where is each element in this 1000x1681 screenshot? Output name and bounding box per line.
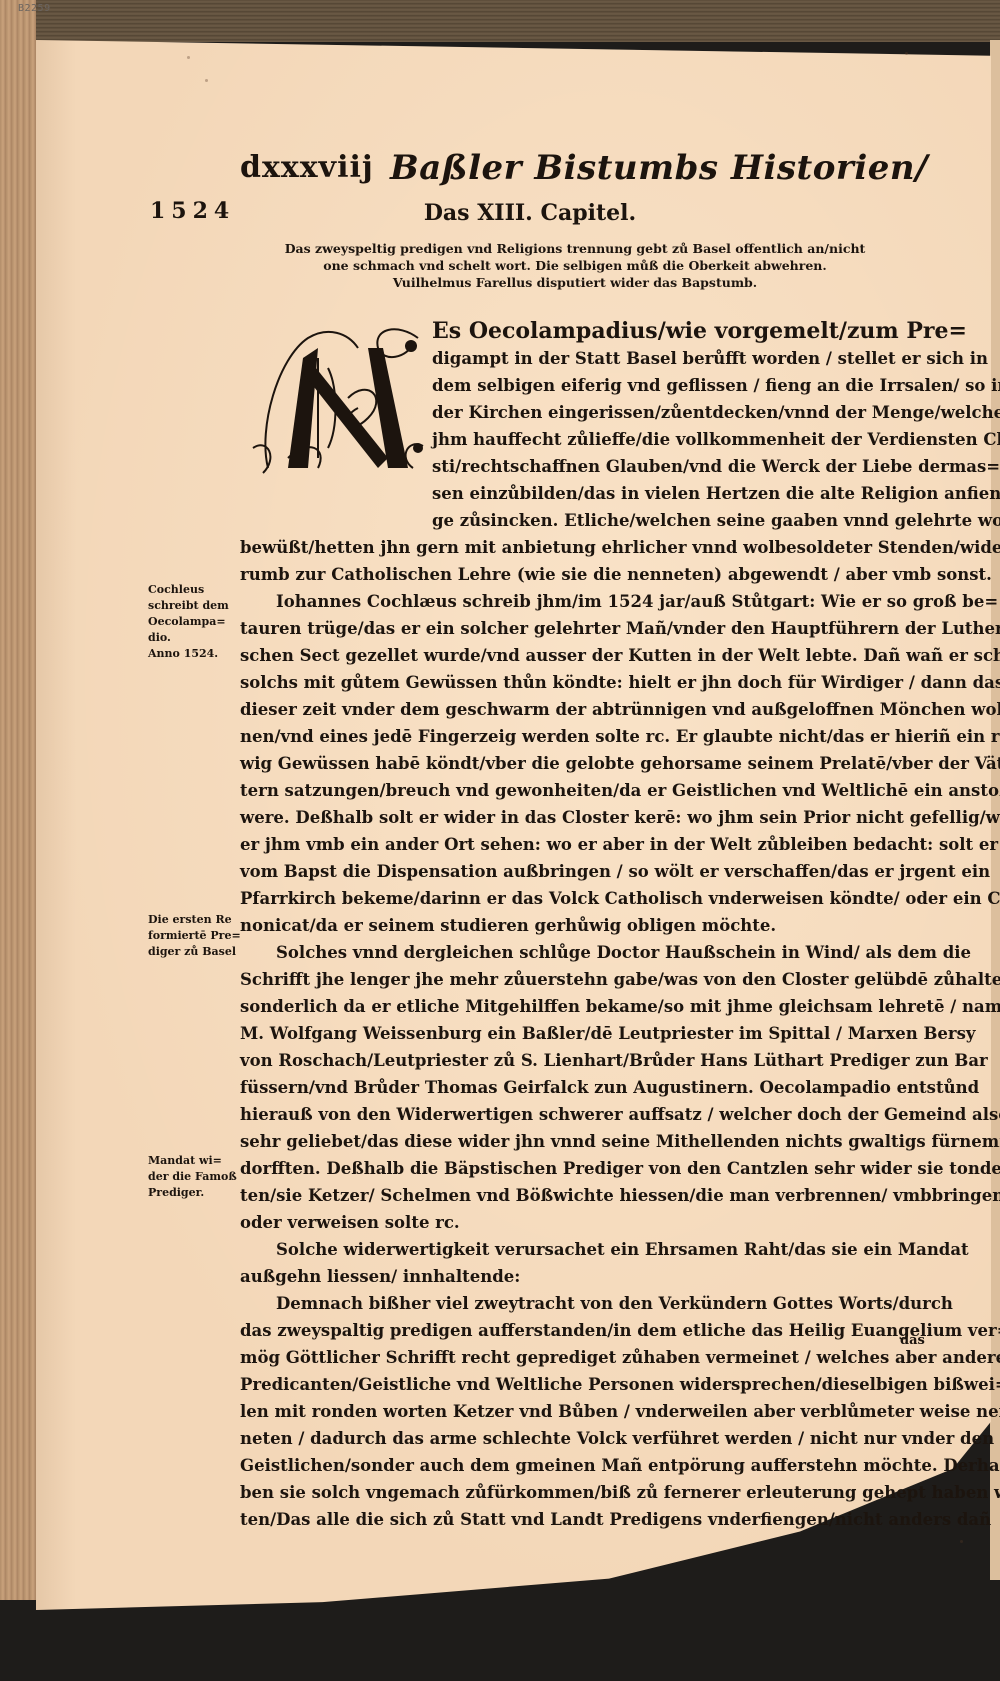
book-left-edge [0, 0, 36, 1600]
text-line: Geistlichen/sonder auch dem gmeinen Mañ … [240, 1452, 940, 1479]
margin-note-line: Die ersten Re [148, 912, 243, 928]
shelf-number: B2259 [18, 3, 51, 14]
text-line: Pfarrkirch bekeme/darinn er das Volck Ca… [240, 885, 940, 912]
paper-speck [205, 79, 208, 82]
summary-line: Das zweyspeltig predigen vnd Religions t… [250, 240, 900, 257]
text-line: füssern/vnd Brůder Thomas Geirfalck zun … [240, 1074, 940, 1101]
text-line: jhm hauffecht zůlieffe/die vollkommenhei… [240, 426, 940, 453]
text-line: neten / dadurch das arme schlechte Volck… [240, 1425, 940, 1452]
text-line: Demnach bißher viel zweytracht von den V… [240, 1290, 940, 1317]
text-line: oder verweisen solte rc. [240, 1209, 940, 1236]
text-line: Iohannes Cochlæus schreib jhm/im 1524 ja… [240, 588, 940, 615]
text-line: ben sie solch vngemach zůfürkommen/biß z… [240, 1479, 940, 1506]
text-line: außgehn liessen/ innhaltende: [240, 1263, 940, 1290]
text-line: ge zůsincken. Etliche/welchen seine gaab… [240, 507, 940, 534]
paper-speck [960, 1540, 963, 1543]
margin-note-line: diger zů Basel [148, 944, 243, 960]
text-line: dem selbigen eiferig vnd geflissen / fie… [240, 372, 940, 399]
text-line: sehr geliebet/das diese wider jhn vnnd s… [240, 1128, 940, 1155]
text-line: digampt in der Statt Basel berůfft worde… [240, 345, 940, 372]
paper-speck [187, 56, 190, 59]
text-line: sen einzůbilden/das in vielen Hertzen di… [240, 480, 940, 507]
text-line: vom Bapst die Dispensation außbringen / … [240, 858, 940, 885]
margin-note-line: Oecolampa= [148, 614, 243, 630]
text-line: wig Gewüssen habē köndt/vber die gelobte… [240, 750, 940, 777]
text-line: nonicat/da er seinem studieren gerhůwig … [240, 912, 940, 939]
text-line: were. Deßhalb solt er wider in das Clost… [240, 804, 940, 831]
text-line: von Roschach/Leutpriester zů S. Lienhart… [240, 1047, 940, 1074]
margin-note-line: schreibt dem [148, 598, 243, 614]
folio-number: dxxxviij [240, 150, 374, 185]
margin-note-line: Anno 1524. [148, 646, 243, 662]
margin-note-line: formiertē Pre= [148, 928, 243, 944]
margin-note-mandate: Mandat wi= der die Famoß Prediger. [148, 1153, 243, 1201]
text-line: tern satzungen/breuch vnd gewonheiten/da… [240, 777, 940, 804]
text-line: hierauß von den Widerwertigen schwerer a… [240, 1101, 940, 1128]
margin-note-line: Mandat wi= [148, 1153, 243, 1169]
chapter-heading: Das XIII. Capitel. [0, 200, 1000, 226]
text-line: Solche widerwertigkeit verursachet ein E… [240, 1236, 940, 1263]
text-line: bewüßt/hetten jhn gern mit anbietung ehr… [240, 534, 940, 561]
text-line: dieser zeit vnder dem geschwarm der abtr… [240, 696, 940, 723]
text-line: dorfften. Deßhalb die Bäpstischen Predig… [240, 1155, 940, 1182]
text-line: schen Sect gezellet wurde/vnd ausser der… [240, 642, 940, 669]
chapter-summary: Das zweyspeltig predigen vnd Religions t… [250, 240, 900, 291]
text-line: M. Wolfgang Weissenburg ein Baßler/dē Le… [240, 1020, 940, 1047]
text-line: sonderlich da er etliche Mitgehilffen be… [240, 993, 940, 1020]
text-line: solchs mit gůtem Gewüssen thůn köndte: h… [240, 669, 940, 696]
text-line: ten/Das alle die sich zů Statt vnd Landt… [240, 1506, 940, 1533]
margin-note-cochleus: Cochleus schreibt dem Oecolampa= dio. An… [148, 582, 243, 662]
text-line: Es Oecolampadius/wie vorgemelt/zum Pre= [240, 318, 940, 345]
text-line: mög Göttlicher Schrifft recht geprediget… [240, 1344, 940, 1371]
summary-line: one schmach vnd schelt wort. Die selbige… [250, 257, 900, 274]
margin-note-reformed-preachers: Die ersten Re formiertē Pre= diger zů Ba… [148, 912, 243, 960]
text-line: ten/sie Ketzer/ Schelmen vnd Bößwichte h… [240, 1182, 940, 1209]
margin-note-line: der die Famoß [148, 1169, 243, 1185]
summary-line: Vuilhelmus Farellus disputiert wider das… [250, 274, 900, 291]
catchword: das [900, 1333, 925, 1348]
text-line: sti/rechtschaffnen Glauben/vnd die Werck… [240, 453, 940, 480]
text-line: nen/vnd eines jedē Fingerzeig werden sol… [240, 723, 940, 750]
running-title: Baßler Bistumbs Historien/ [390, 148, 928, 188]
text-line: rumb zur Catholischen Lehre (wie sie die… [240, 561, 940, 588]
margin-note-line: Cochleus [148, 582, 243, 598]
text-line: Schrifft jhe lenger jhe mehr zůuerstehn … [240, 966, 940, 993]
paper-speck [905, 52, 908, 55]
body-text: Es Oecolampadius/wie vorgemelt/zum Pre= … [240, 318, 940, 1533]
text-line: Predicanten/Geistliche vnd Weltliche Per… [240, 1371, 940, 1398]
text-line: Solches vnnd dergleichen schlůge Doctor … [240, 939, 940, 966]
text-line: er jhm vmb ein ander Ort sehen: wo er ab… [240, 831, 940, 858]
margin-note-line: Prediger. [148, 1185, 243, 1201]
margin-note-line: dio. [148, 630, 243, 646]
text-line: tauren trüge/das er ein solcher gelehrte… [240, 615, 940, 642]
text-line: len mit ronden worten Ketzer vnd Bůben /… [240, 1398, 940, 1425]
book-top-edge [0, 0, 1000, 42]
text-line: das zweyspaltig predigen aufferstanden/i… [240, 1317, 940, 1344]
text-line: der Kirchen eingerissen/zůentdecken/vnnd… [240, 399, 940, 426]
